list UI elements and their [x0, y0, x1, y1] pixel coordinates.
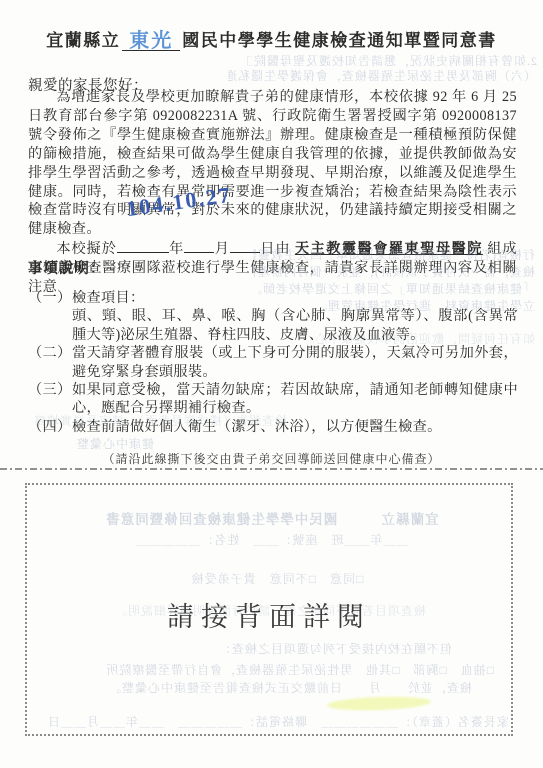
year-label: 年 [169, 241, 185, 257]
instructions-list: （一） 檢查項目： 頭、頸、眼、耳、鼻、喉、胸（含心肺、胸廓異常等）、腹部(含異… [28, 289, 518, 436]
bleedthrough-text: （六）胸部及男生泌尿生殖器檢查，會保護學生隱私進行。 [228, 67, 536, 84]
year-blank [117, 239, 169, 253]
scanned-health-exam-notice: 2.如曾有相關病史狀況，懇請告知校護及聖母醫院工作同仁。 （六）胸部及男生泌尿生… [0, 0, 543, 768]
intro-paragraph: 為增進家長及學校更加瞭解貴子弟的健康情形，本校依據 92 年 6 月 25 日教… [28, 88, 517, 239]
month-blank [184, 239, 214, 253]
bleedthrough-text: □抽血 □胸部 □其他 男性泌尿生殖器檢查，會自行帶至醫療院所 [49, 661, 494, 678]
schedule-prefix: 本校擬於 [56, 241, 116, 257]
bleedthrough-text: 宜蘭縣立 國民中學學生健康檢查回條暨同意書 [72, 508, 472, 528]
bleedthrough-text: 但不願在校內接受下列勾選項目之檢查： [92, 640, 452, 657]
item-number: （一） [28, 289, 71, 307]
list-item: （四） 檢查前請做好個人衛生（潔牙、沐浴），以方便醫生檢查。 [28, 418, 518, 436]
item-label: 檢查項目： [72, 289, 518, 307]
title-suffix: 國民中學學生健康檢查通知單暨同意書 [182, 31, 497, 50]
day-label: 日由 [260, 241, 291, 257]
item-label: 當天請穿著體育服裝（或上下身可分開的服裝），天氣冷可另加外套，避免穿緊身套頭服裝… [72, 344, 518, 381]
consent-stub-box: 宜蘭縣立 國民中學學生健康檢查回條暨同意書 ＿＿年＿＿班 座號：＿＿ 姓名：＿＿… [25, 483, 513, 736]
hospital-name: 天主教靈醫會羅東聖母醫院 [295, 241, 483, 257]
item-number: （三） [28, 381, 71, 399]
item-number: （四） [28, 418, 71, 436]
highlighter-bleed-mark [327, 695, 431, 712]
bleedthrough-text: ＿＿年＿＿班 座號：＿＿ 姓名：＿＿＿＿＿ [122, 531, 422, 548]
month-label: 月 [214, 241, 230, 257]
document-title: 宜蘭縣立東光國民中學學生健康檢查通知單暨同意書 [0, 26, 543, 51]
handwritten-school-name: 東光 [129, 30, 173, 52]
day-blank [230, 239, 260, 253]
tear-off-note: （請沿此線撕下後交由貴子弟交回導師送回健康中心備查） [0, 450, 543, 467]
bleedthrough-text: □同意 □不同意 貴子弟受檢 [152, 570, 402, 587]
list-item: （二） 當天請穿著體育服裝（或上下身可分開的服裝），天氣冷可另加外套，避免穿緊身… [28, 344, 518, 381]
bleedthrough-text: 檢查，並於 月 日前繳交正式檢查報告至健康中心彙整。 [82, 679, 472, 696]
item-number: （二） [28, 344, 71, 362]
bleedthrough-text: 2.如曾有相關病史狀況，懇請告知校護及聖母醫院工作同仁。 [247, 52, 537, 69]
see-back-notice: 請接背面詳閱 [27, 595, 511, 634]
list-item: （一） 檢查項目： 頭、頸、眼、耳、鼻、喉、胸（含心肺、胸廓異常等）、腹部(含異… [28, 289, 518, 344]
list-item: （三） 如果同意受檢，當天請勿缺席；若因故缺席，請通知老師轉知健康中心，應配合另… [28, 381, 518, 418]
tear-off-dashed-line [0, 468, 543, 470]
bleedthrough-text: 家長簽名（蓋章）：＿＿＿＿＿＿ 聯絡電話：＿＿＿＿＿ ＿＿年＿＿月＿＿日 [49, 713, 509, 730]
item-detail: 頭、頸、眼、耳、鼻、喉、胸（含心肺、胸廓異常等）、腹部(含異常腫大等)泌尿生殖器… [72, 307, 518, 344]
school-name-blank: 東光 [122, 30, 180, 51]
title-prefix: 宜蘭縣立 [46, 31, 120, 50]
item-label: 檢查前請做好個人衛生（潔牙、沐浴），以方便醫生檢查。 [72, 418, 518, 436]
section-header: 事項說明： [28, 257, 106, 278]
item-label: 如果同意受檢，當天請勿缺席；若因故缺席，請通知老師轉知健康中心，應配合另擇期補行… [72, 381, 518, 418]
